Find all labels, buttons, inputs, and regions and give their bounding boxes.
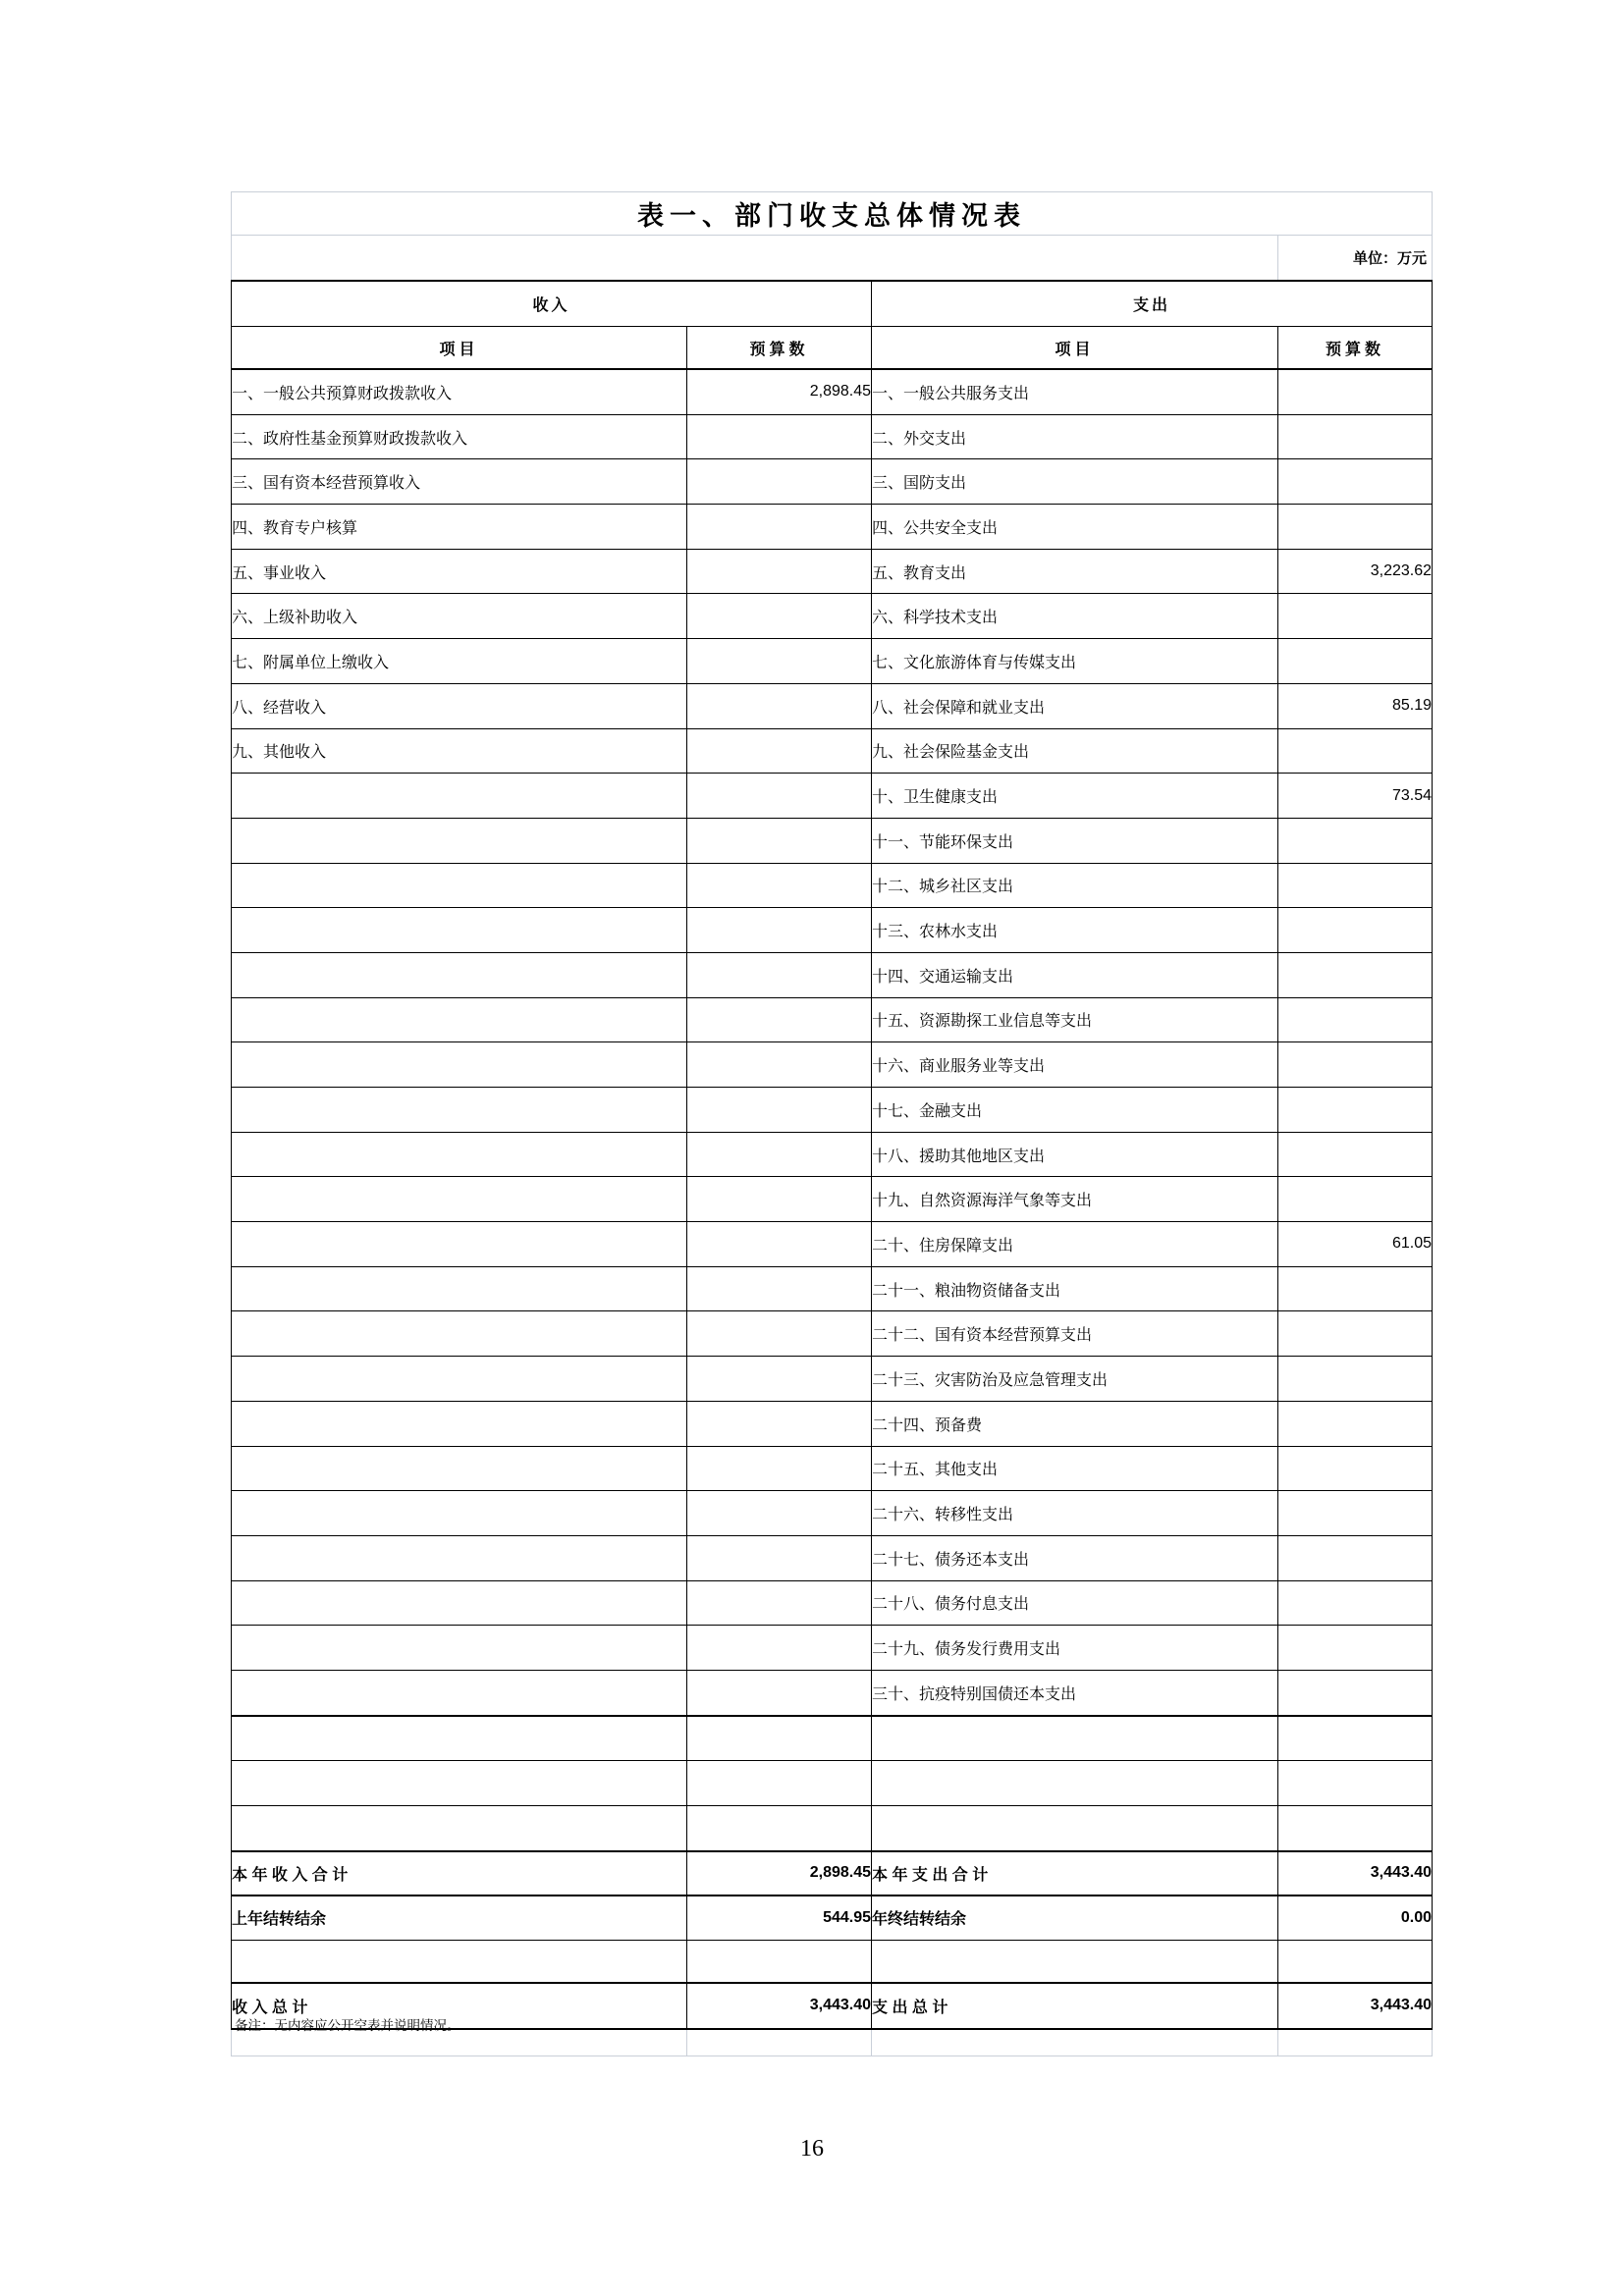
- cell-ex-val: [1278, 1357, 1433, 1402]
- cell-in-val: [687, 1042, 872, 1088]
- cell-ex-item: [872, 1940, 1278, 1983]
- cell-in-item: 上年结转结余: [232, 1896, 687, 1941]
- cell-ex-item: 十、卫生健康支出: [872, 774, 1278, 819]
- cell-ex-val: [1278, 1580, 1433, 1626]
- cell-in-item: [232, 1222, 687, 1267]
- cell-ex-item: 七、文化旅游体育与传媒支出: [872, 639, 1278, 684]
- cell-ex-item: 十八、援助其他地区支出: [872, 1132, 1278, 1177]
- cell-in-item: [232, 1132, 687, 1177]
- table-row: 一、一般公共预算财政拨款收入2,898.45一、一般公共服务支出: [232, 369, 1433, 414]
- table-footnote: 备注：无内容应公开空表并说明情况。: [235, 2014, 460, 2034]
- cell-in-val: [687, 1222, 872, 1267]
- cell-ex-val: [1278, 1626, 1433, 1671]
- cell-ex-item: 三、国防支出: [872, 459, 1278, 505]
- budget-table: 表一、部门收支总体情况表 单位：万元 收入 支出 项目 预算数 项目 预算数 一…: [231, 191, 1433, 2056]
- table-row: 十六、商业服务业等支出: [232, 1042, 1433, 1088]
- cell-ex-val: 85.19: [1278, 683, 1433, 728]
- cell-in-val: [687, 639, 872, 684]
- cell-in-item: [232, 863, 687, 908]
- cell-in-val: [687, 1670, 872, 1715]
- cell-in-item: [232, 1940, 687, 1983]
- cell-in-item: [232, 1088, 687, 1133]
- cell-in-val: [687, 774, 872, 819]
- income-section-header: 收入: [232, 281, 872, 327]
- cell-ex-item: 九、社会保险基金支出: [872, 728, 1278, 774]
- cell-in-val: [687, 728, 872, 774]
- cell-ex-item: 十四、交通运输支出: [872, 952, 1278, 997]
- cell-ex-val: [1278, 908, 1433, 953]
- cell-ex-val: [1278, 1132, 1433, 1177]
- cell-in-val: [687, 1806, 872, 1851]
- cell-in-val: [687, 1716, 872, 1761]
- expense-section-header: 支出: [872, 281, 1433, 327]
- unit-label: 单位：万元: [1278, 236, 1433, 282]
- table-row: 九、其他收入九、社会保险基金支出: [232, 728, 1433, 774]
- table-row: 十五、资源勘探工业信息等支出: [232, 997, 1433, 1042]
- cell-ex-item: 八、社会保障和就业支出: [872, 683, 1278, 728]
- cell-ex-val: 3,443.40: [1278, 1851, 1433, 1896]
- cell-ex-val: [1278, 1535, 1433, 1580]
- cell-in-item: [232, 908, 687, 953]
- cell-ex-item: [872, 1716, 1278, 1761]
- cell-ex-val: 3,223.62: [1278, 549, 1433, 594]
- cell-ex-val: [1278, 728, 1433, 774]
- table-row: 十二、城乡社区支出: [232, 863, 1433, 908]
- expense-item-column-header: 项目: [872, 327, 1278, 370]
- table-row: 二十、住房保障支出61.05: [232, 1222, 1433, 1267]
- cell-ex-val: [1278, 818, 1433, 863]
- current-year-total-row: 本 年 收 入 合 计2,898.45本 年 支 出 合 计3,443.40: [232, 1851, 1433, 1896]
- table-row: 二十三、灾害防治及应急管理支出: [232, 1357, 1433, 1402]
- cell-in-val: 544.95: [687, 1896, 872, 1941]
- cell-ex-val: 73.54: [1278, 774, 1433, 819]
- spacer-row: [232, 1940, 1433, 1983]
- cell-in-val: [687, 1357, 872, 1402]
- cell-in-val: [687, 1626, 872, 1671]
- cell-in-val: [687, 908, 872, 953]
- cell-in-val: [687, 952, 872, 997]
- cell-ex-item: 十五、资源勘探工业信息等支出: [872, 997, 1278, 1042]
- cell-ex-val: [1278, 1446, 1433, 1491]
- cell-ex-item: 二十五、其他支出: [872, 1446, 1278, 1491]
- cell-in-item: [232, 1806, 687, 1851]
- cell-ex-item: 十九、自然资源海洋气象等支出: [872, 1177, 1278, 1222]
- cell-in-val: [687, 1580, 872, 1626]
- cell-ex-val: 3,443.40: [1278, 1983, 1433, 2029]
- carryover-row: 上年结转结余544.95年终结转结余0.00: [232, 1896, 1433, 1941]
- table-row: 二十一、粮油物资储备支出: [232, 1266, 1433, 1311]
- cell-ex-val: [1278, 1088, 1433, 1133]
- cell-ex-item: 二十一、粮油物资储备支出: [872, 1266, 1278, 1311]
- cell-in-val: [687, 505, 872, 550]
- cell-ex-item: [872, 1806, 1278, 1851]
- table-row: 二十六、转移性支出: [232, 1491, 1433, 1536]
- cell-ex-val: 0.00: [1278, 1896, 1433, 1941]
- cell-in-item: 二、政府性基金预算财政拨款收入: [232, 414, 687, 459]
- table-row: 八、经营收入八、社会保障和就业支出85.19: [232, 683, 1433, 728]
- cell-ex-item: 年终结转结余: [872, 1896, 1278, 1941]
- cell-in-item: [232, 1401, 687, 1446]
- cell-ex-val: [1278, 414, 1433, 459]
- cell-ex-val: [1278, 1266, 1433, 1311]
- cell-ex-item: 十七、金融支出: [872, 1088, 1278, 1133]
- unit-row: 单位：万元: [232, 236, 1433, 282]
- cell-ex-val: [1278, 1716, 1433, 1761]
- document-page: 表一、部门收支总体情况表 单位：万元 收入 支出 项目 预算数 项目 预算数 一…: [0, 0, 1624, 2296]
- table-row: 二、政府性基金预算财政拨款收入二、外交支出: [232, 414, 1433, 459]
- cell-ex-item: 二十、住房保障支出: [872, 1222, 1278, 1267]
- table-row: [232, 1806, 1433, 1851]
- table-row: 六、上级补助收入六、科学技术支出: [232, 594, 1433, 639]
- cell-in-item: 四、教育专户核算: [232, 505, 687, 550]
- cell-in-val: [687, 414, 872, 459]
- cell-ex-item: 本 年 支 出 合 计: [872, 1851, 1278, 1896]
- cell-ex-item: 五、教育支出: [872, 549, 1278, 594]
- cell-ex-val: [1278, 1940, 1433, 1983]
- cell-in-item: [232, 997, 687, 1042]
- cell-ex-val: [1278, 1042, 1433, 1088]
- table-row: 十八、援助其他地区支出: [232, 1132, 1433, 1177]
- cell-ex-val: [1278, 459, 1433, 505]
- cell-ex-val: [1278, 505, 1433, 550]
- unit-row-spacer: [232, 236, 1278, 282]
- table-title: 表一、部门收支总体情况表: [232, 192, 1433, 236]
- cell-in-item: [232, 1311, 687, 1357]
- cell-in-val: [687, 1266, 872, 1311]
- table-row: 二十九、债务发行费用支出: [232, 1626, 1433, 1671]
- cell-ex-item: 二、外交支出: [872, 414, 1278, 459]
- cell-in-val: [687, 863, 872, 908]
- cell-ex-val: 61.05: [1278, 1222, 1433, 1267]
- cell-ex-val: [1278, 997, 1433, 1042]
- column-header-row: 项目 预算数 项目 预算数: [232, 327, 1433, 370]
- page-number: 16: [0, 2136, 1624, 2163]
- table-title-row: 表一、部门收支总体情况表: [232, 192, 1433, 236]
- table-row: 五、事业收入五、教育支出3,223.62: [232, 549, 1433, 594]
- cell-in-val: [687, 683, 872, 728]
- cell-ex-val: [1278, 1761, 1433, 1806]
- cell-ex-item: 十一、节能环保支出: [872, 818, 1278, 863]
- table-row: 七、附属单位上缴收入七、文化旅游体育与传媒支出: [232, 639, 1433, 684]
- table-row: 四、教育专户核算四、公共安全支出: [232, 505, 1433, 550]
- cell-in-val: [687, 1311, 872, 1357]
- cell-ex-val: [1278, 1491, 1433, 1536]
- cell-in-val: 3,443.40: [687, 1983, 872, 2029]
- cell-in-item: [232, 1716, 687, 1761]
- cell-in-val: [687, 549, 872, 594]
- cell-in-val: [687, 1088, 872, 1133]
- cell-ex-item: 二十二、国有资本经营预算支出: [872, 1311, 1278, 1357]
- cell-in-val: [687, 1491, 872, 1536]
- income-budget-column-header: 预算数: [687, 327, 872, 370]
- cell-in-item: [232, 1446, 687, 1491]
- cell-in-val: [687, 818, 872, 863]
- cell-ex-item: 二十八、债务付息支出: [872, 1580, 1278, 1626]
- cell-in-val: [687, 1446, 872, 1491]
- table-row: 二十八、债务付息支出: [232, 1580, 1433, 1626]
- cell-in-item: [232, 818, 687, 863]
- cell-ex-item: 支 出 总 计: [872, 1983, 1278, 2029]
- cell-in-val: [687, 594, 872, 639]
- cell-in-item: 一、一般公共预算财政拨款收入: [232, 369, 687, 414]
- table-row: 十四、交通运输支出: [232, 952, 1433, 997]
- cell-ex-item: [872, 1761, 1278, 1806]
- cell-in-item: [232, 1491, 687, 1536]
- table-row: 十九、自然资源海洋气象等支出: [232, 1177, 1433, 1222]
- cell-in-val: [687, 1132, 872, 1177]
- cell-in-item: [232, 1042, 687, 1088]
- table-row: 三、国有资本经营预算收入三、国防支出: [232, 459, 1433, 505]
- cell-in-item: [232, 952, 687, 997]
- cell-ex-val: [1278, 952, 1433, 997]
- cell-ex-item: 十二、城乡社区支出: [872, 863, 1278, 908]
- cell-ex-item: 二十四、预备费: [872, 1401, 1278, 1446]
- cell-ex-val: [1278, 1401, 1433, 1446]
- income-item-column-header: 项目: [232, 327, 687, 370]
- cell-ex-item: 三十、抗疫特别国债还本支出: [872, 1670, 1278, 1715]
- table-row: [232, 1761, 1433, 1806]
- cell-ex-item: 十六、商业服务业等支出: [872, 1042, 1278, 1088]
- cell-ex-val: [1278, 1311, 1433, 1357]
- cell-in-item: 六、上级补助收入: [232, 594, 687, 639]
- cell-in-item: 三、国有资本经营预算收入: [232, 459, 687, 505]
- cell-ex-item: 二十三、灾害防治及应急管理支出: [872, 1357, 1278, 1402]
- table-row: 十一、节能环保支出: [232, 818, 1433, 863]
- cell-ex-item: 二十九、债务发行费用支出: [872, 1626, 1278, 1671]
- cell-in-item: [232, 1580, 687, 1626]
- cell-in-val: [687, 1761, 872, 1806]
- cell-in-item: [232, 774, 687, 819]
- table-row: 二十二、国有资本经营预算支出: [232, 1311, 1433, 1357]
- table-row: 三十、抗疫特别国债还本支出: [232, 1670, 1433, 1715]
- table-row: [232, 1716, 1433, 1761]
- cell-in-item: [232, 1761, 687, 1806]
- cell-ex-item: 六、科学技术支出: [872, 594, 1278, 639]
- cell-ex-val: [1278, 594, 1433, 639]
- cell-ex-val: [1278, 1806, 1433, 1851]
- cell-in-val: 2,898.45: [687, 1851, 872, 1896]
- cell-in-item: 五、事业收入: [232, 549, 687, 594]
- cell-ex-val: [1278, 1177, 1433, 1222]
- cell-ex-val: [1278, 863, 1433, 908]
- cell-ex-val: [1278, 369, 1433, 414]
- cell-in-val: [687, 1401, 872, 1446]
- cell-ex-item: 十三、农林水支出: [872, 908, 1278, 953]
- cell-in-val: [687, 1177, 872, 1222]
- expense-budget-column-header: 预算数: [1278, 327, 1433, 370]
- cell-in-item: [232, 1266, 687, 1311]
- table-row: 二十五、其他支出: [232, 1446, 1433, 1491]
- table-row: 十三、农林水支出: [232, 908, 1433, 953]
- cell-ex-item: 一、一般公共服务支出: [872, 369, 1278, 414]
- cell-in-item: 本 年 收 入 合 计: [232, 1851, 687, 1896]
- cell-in-item: 八、经营收入: [232, 683, 687, 728]
- cell-ex-val: [1278, 639, 1433, 684]
- cell-in-val: [687, 1940, 872, 1983]
- cell-in-val: [687, 459, 872, 505]
- cell-ex-val: [1278, 1670, 1433, 1715]
- section-header-row: 收入 支出: [232, 281, 1433, 327]
- table-row: 二十四、预备费: [232, 1401, 1433, 1446]
- cell-ex-item: 二十七、债务还本支出: [872, 1535, 1278, 1580]
- cell-in-item: 九、其他收入: [232, 728, 687, 774]
- cell-in-item: [232, 1626, 687, 1671]
- table-row: 二十七、债务还本支出: [232, 1535, 1433, 1580]
- cell-in-val: 2,898.45: [687, 369, 872, 414]
- table-row: 十、卫生健康支出73.54: [232, 774, 1433, 819]
- cell-in-val: [687, 1535, 872, 1580]
- cell-in-val: [687, 997, 872, 1042]
- cell-ex-item: 二十六、转移性支出: [872, 1491, 1278, 1536]
- cell-in-item: 七、附属单位上缴收入: [232, 639, 687, 684]
- cell-ex-item: 四、公共安全支出: [872, 505, 1278, 550]
- table-row: 十七、金融支出: [232, 1088, 1433, 1133]
- cell-in-item: [232, 1535, 687, 1580]
- cell-in-item: [232, 1670, 687, 1715]
- cell-in-item: [232, 1177, 687, 1222]
- cell-in-item: [232, 1357, 687, 1402]
